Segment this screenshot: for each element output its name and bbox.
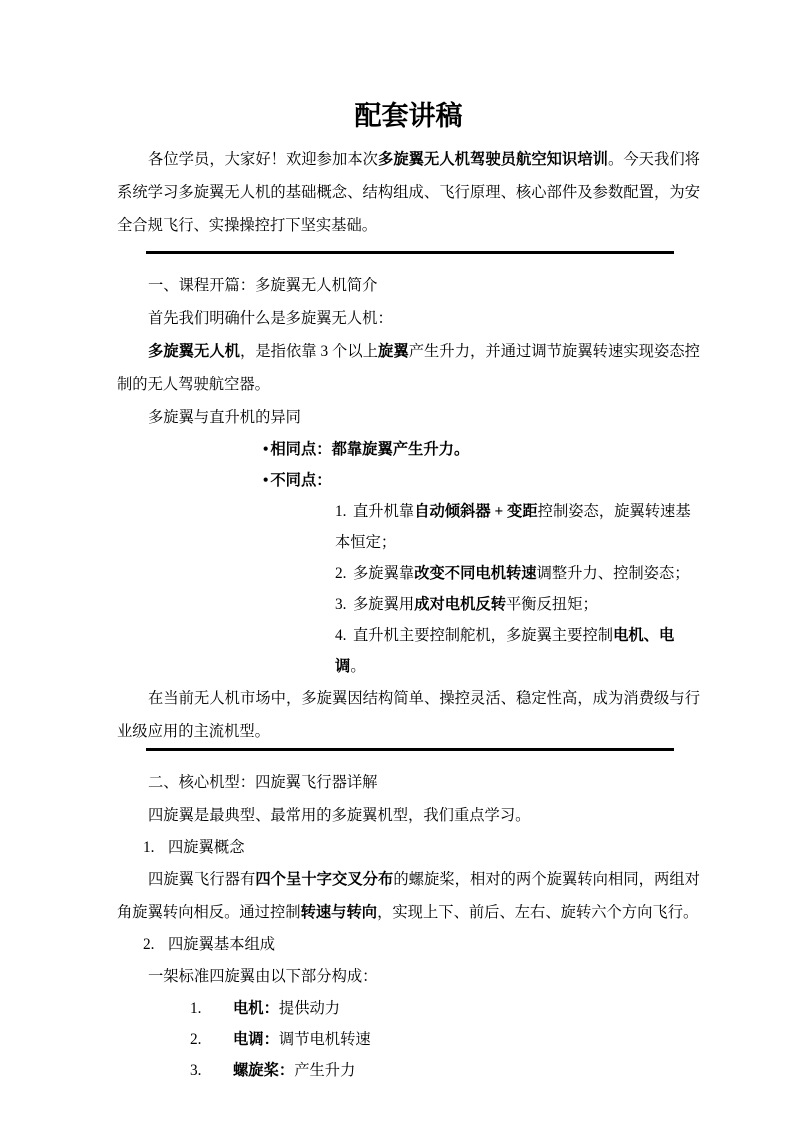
bold-text-run: 配套讲稿 (355, 101, 463, 131)
numbered-item: 1.直升机靠自动倾斜器 + 变距控制姿态，旋翼转速基本恒定； (335, 496, 700, 558)
page: { "page": { "background": "#ffffff", "te… (0, 0, 794, 1123)
bold-text-run: 多旋翼无人机驾驶员航空知识培训 (378, 151, 608, 168)
bullet-glyph: • (263, 441, 268, 458)
bold-text-run: 转速与转向 (301, 904, 378, 921)
text-run: 平衡反扭矩； (506, 596, 598, 613)
list-number: 3. (335, 589, 353, 620)
text-run: 一、课程开篇：多旋翼无人机简介 (148, 277, 377, 294)
bold-text-run: 螺旋桨： (233, 1062, 294, 1079)
list-number: 4. (335, 620, 353, 651)
bullet-item: •不同点： (263, 465, 700, 496)
text-run: 首先我们明确什么是多旋翼无人机： (148, 310, 393, 327)
bold-text-run: 改变不同电机转速 (414, 565, 536, 582)
text-run: 直升机主要控制舵机，多旋翼主要控制 (353, 627, 613, 644)
bold-text-run: 旋翼 (378, 343, 409, 360)
numbered-heading: 2.四旋翼基本组成 (143, 929, 700, 960)
text-run: 调整升力、控制姿态； (537, 565, 690, 582)
body-paragraph: 各位学员，大家好！欢迎参加本次多旋翼无人机驾驶员航空知识培训。今天我们将系统学习… (117, 143, 700, 242)
body-paragraph: 一架标准四旋翼由以下部分构成： (117, 960, 700, 993)
body-paragraph: 多旋翼与直升机的异同 (117, 401, 700, 434)
bold-text-run: 电机： (233, 1000, 279, 1017)
bold-text-run: 不同点： (270, 472, 331, 489)
text-run: ，是指依靠 3 个以上 (240, 343, 378, 360)
text-run: 都靠旋翼产生升力。 (332, 441, 470, 458)
list-number: 2. (143, 929, 168, 960)
text-run: 多旋翼用 (353, 596, 414, 613)
body-paragraph: 四旋翼飞行器有四个呈十字交叉分布的螺旋桨，相对的两个旋翼转向相同，两组对角旋翼转… (117, 863, 700, 929)
list-number: 1. (190, 993, 233, 1024)
section-divider (146, 748, 674, 751)
bullet-item: •相同点：都靠旋翼产生升力。 (263, 434, 700, 465)
text-run: 四旋翼概念 (168, 839, 245, 856)
list-number: 3. (190, 1055, 233, 1086)
text-run: 四旋翼是最典型、最常用的多旋翼机型，我们重点学习。 (148, 807, 530, 824)
text-run: 一架标准四旋翼由以下部分构成： (148, 968, 377, 985)
component-item: 3.螺旋桨：产生升力 (190, 1055, 700, 1086)
numbered-item: 3.多旋翼用成对电机反转平衡反扭矩； (335, 589, 700, 620)
text-run: 提供动力 (279, 1000, 340, 1017)
section-divider (146, 251, 674, 254)
bold-text-run: 多旋翼无人机 (148, 343, 240, 360)
text-run: ，实现上下、前后、左右、旋转六个方向飞行。 (377, 904, 698, 921)
list-number: 1. (335, 496, 353, 527)
body-paragraph: 首先我们明确什么是多旋翼无人机： (117, 302, 700, 335)
list-number: 1. (143, 832, 168, 863)
document-title: 配套讲稿 (117, 96, 700, 136)
component-item: 1.电机：提供动力 (190, 993, 700, 1024)
text-run: 产生升力 (294, 1062, 355, 1079)
text-run: 在当前无人机市场中，多旋翼因结构简单、操控灵活、稳定性高，成为消费级与行业级应用… (117, 690, 700, 740)
text-run: 四旋翼飞行器有 (148, 871, 255, 888)
text-run: 二、核心机型：四旋翼飞行器详解 (148, 774, 377, 791)
numbered-item: 2.多旋翼靠改变不同电机转速调整升力、控制姿态； (335, 558, 700, 589)
section-heading: 二、核心机型：四旋翼飞行器详解 (117, 766, 700, 799)
text-run: 四旋翼基本组成 (168, 936, 275, 953)
bold-text-run: 四个呈十字交叉分布 (255, 871, 393, 888)
numbered-item: 4.直升机主要控制舵机，多旋翼主要控制电机、电调。 (335, 620, 700, 682)
bold-text-run: 自动倾斜器 + 变距 (414, 503, 537, 520)
body-paragraph: 多旋翼无人机，是指依靠 3 个以上旋翼产生升力，并通过调节旋翼转速实现姿态控制的… (117, 335, 700, 401)
list-number: 2. (190, 1024, 233, 1055)
text-run: 各位学员，大家好！欢迎参加本次 (148, 151, 378, 168)
component-item: 2.电调：调节电机转速 (190, 1024, 700, 1055)
document-page: 配套讲稿各位学员，大家好！欢迎参加本次多旋翼无人机驾驶员航空知识培训。今天我们将… (0, 0, 794, 1123)
text-run: 多旋翼与直升机的异同 (148, 409, 301, 426)
text-run: 多旋翼靠 (353, 565, 414, 582)
body-paragraph: 四旋翼是最典型、最常用的多旋翼机型，我们重点学习。 (117, 799, 700, 832)
bold-text-run: 成对电机反转 (414, 596, 506, 613)
bold-text-run: 电调： (233, 1031, 279, 1048)
document-body: 配套讲稿各位学员，大家好！欢迎参加本次多旋翼无人机驾驶员航空知识培训。今天我们将… (117, 96, 700, 1086)
list-number: 2. (335, 558, 353, 589)
body-paragraph: 在当前无人机市场中，多旋翼因结构简单、操控灵活、稳定性高，成为消费级与行业级应用… (117, 682, 700, 748)
text-run: 直升机靠 (353, 503, 414, 520)
text-run: 调节电机转速 (279, 1031, 371, 1048)
section-heading: 一、课程开篇：多旋翼无人机简介 (117, 269, 700, 302)
numbered-heading: 1.四旋翼概念 (143, 832, 700, 863)
bold-text-run: 相同点： (270, 441, 331, 458)
text-run: 。 (350, 658, 365, 675)
bullet-glyph: • (263, 472, 268, 489)
